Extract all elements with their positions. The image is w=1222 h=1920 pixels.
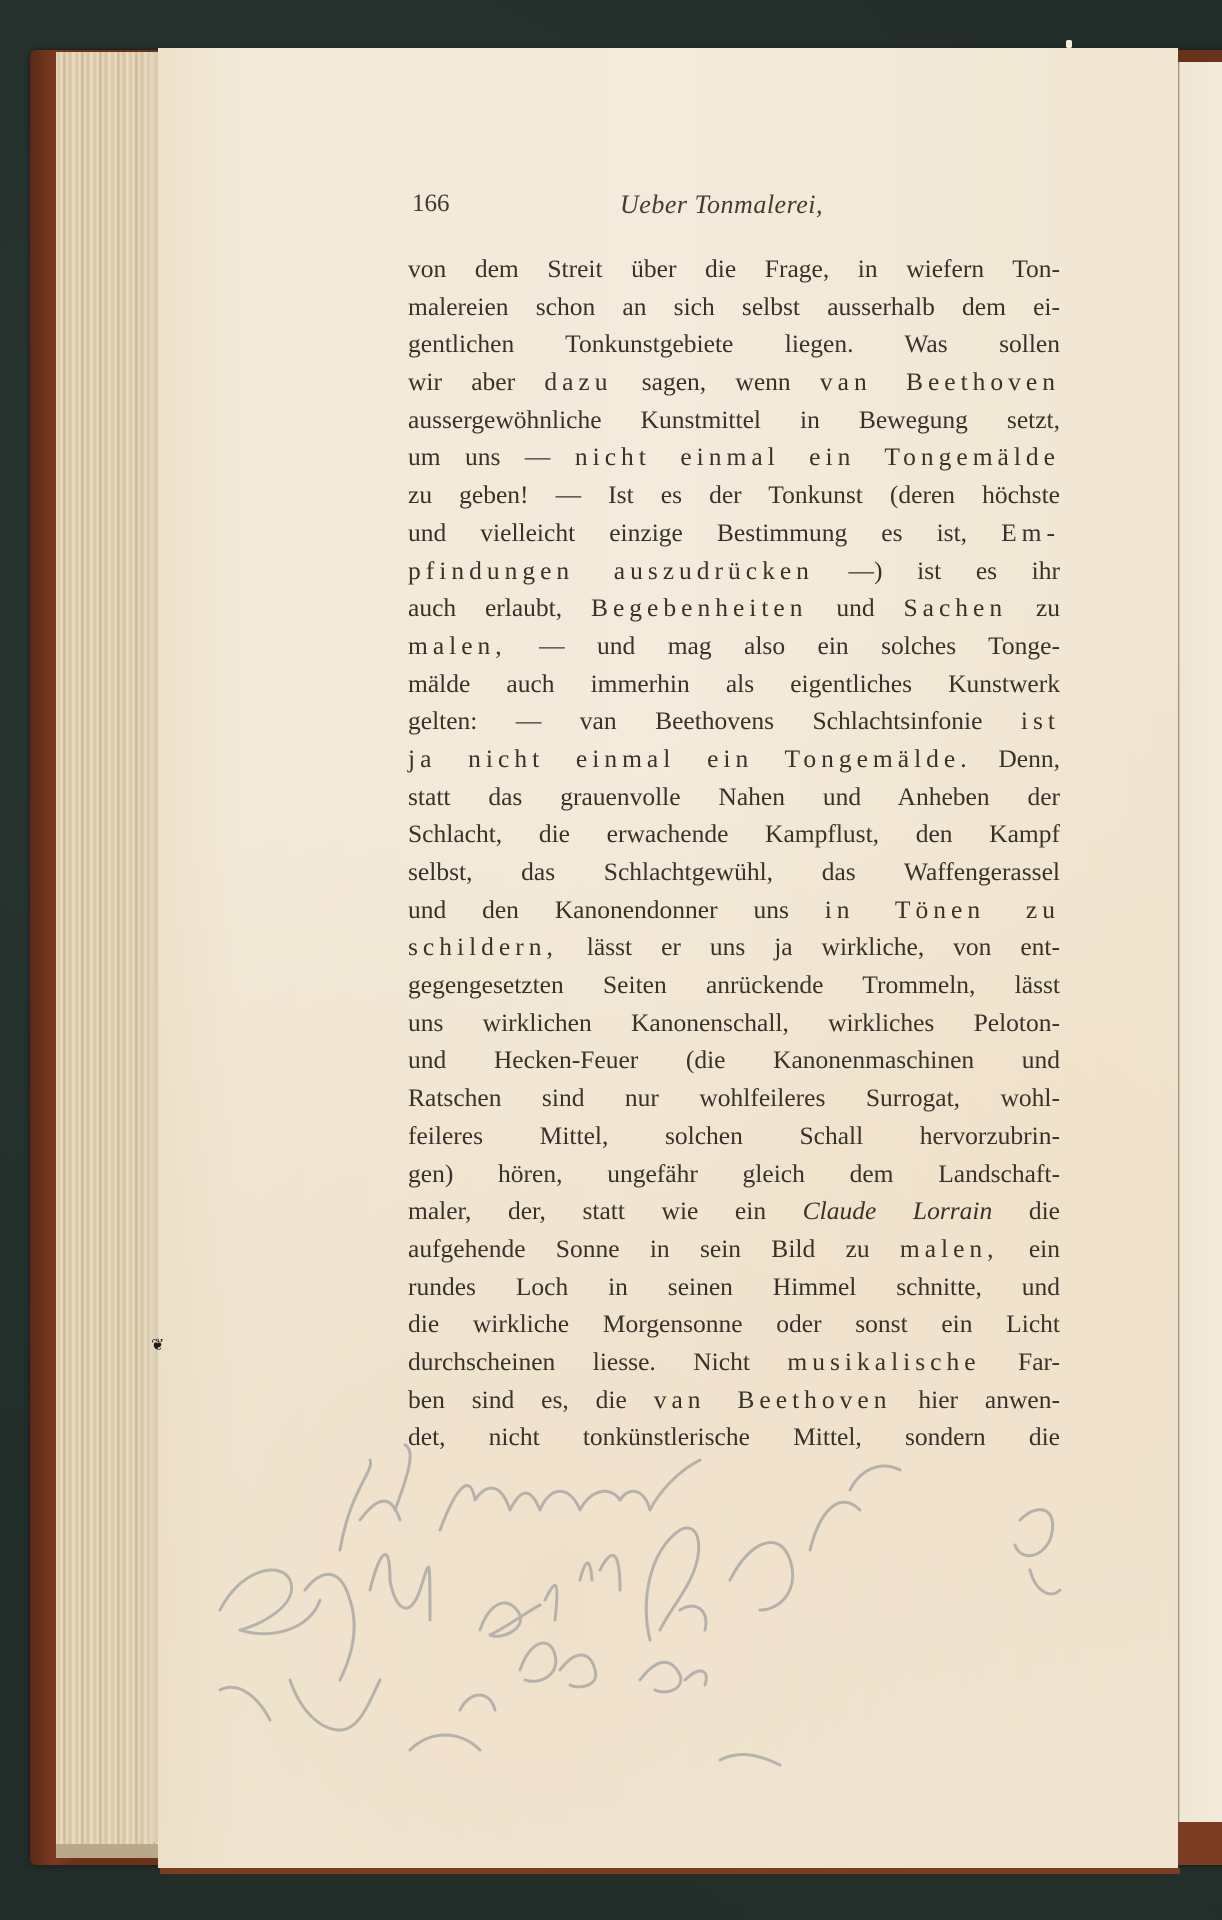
text-segment: durchscheinen liesse. Nicht <box>408 1347 787 1376</box>
text-line: und den Kanonendonner uns in Tönen zu <box>408 891 1060 929</box>
text-line: aufgehende Sonne in sein Bild zu malen, … <box>408 1230 1060 1268</box>
text-segment: und den Kanonendonner uns <box>408 895 825 924</box>
page-edges <box>56 52 160 1858</box>
text-segment: hier anwen- <box>891 1385 1060 1414</box>
text-segment: auch erlaubt, <box>408 593 591 622</box>
text-line: feileres Mittel, solchen Schall hervorzu… <box>408 1117 1060 1155</box>
text-segment: — und mag also ein solches Tonge- <box>507 631 1060 660</box>
text-segment: malereien schon an sich selbst ausserhal… <box>408 292 1060 321</box>
text-segment: sagen, wenn <box>613 367 820 396</box>
text-line: wir aber dazu sagen, wenn van Beethoven <box>408 363 1060 401</box>
text-segment: statt das grauenvolle Nahen und Anheben … <box>408 782 1060 811</box>
text-line: zu geben! — Ist es der Tonkunst (deren h… <box>408 476 1060 514</box>
emphasis-text: dazu <box>544 367 612 396</box>
text-line: schildern, lässt er uns ja wirkliche, vo… <box>408 928 1060 966</box>
facing-page-edge <box>1176 62 1222 1822</box>
emphasis-text: van Beethoven <box>654 1385 892 1414</box>
text-line: statt das grauenvolle Nahen und Anheben … <box>408 778 1060 816</box>
text-segment: uns wirklichen Kanonenschall, wirkliches… <box>408 1008 1060 1037</box>
emphasis-text: van Beethoven <box>820 367 1060 396</box>
text-segment: gentlichen Tonkunstgebiete liegen. Was s… <box>408 329 1060 358</box>
text-line: malen, — und mag also ein solches Tonge- <box>408 627 1060 665</box>
emphasis-text: malen, <box>408 631 507 660</box>
text-line: ja nicht einmal ein Tongemälde. Denn, <box>408 740 1060 778</box>
text-line: Ratschen sind nur wohlfeileres Surrogat,… <box>408 1079 1060 1117</box>
text-segment: gen) hören, ungefähr gleich dem Landscha… <box>408 1159 1060 1188</box>
text-line: um uns — nicht einmal ein Tongemälde <box>408 438 1060 476</box>
body-text: von dem Streit über die Frage, in wiefer… <box>408 250 1060 1456</box>
text-segment: gegengesetzten Seiten anrückende Trommel… <box>408 970 1060 999</box>
emphasis-text: Begebenheiten <box>591 593 808 622</box>
text-segment: maler, der, statt wie ein <box>408 1196 803 1225</box>
text-line: durchscheinen liesse. Nicht musikalische… <box>408 1343 1060 1381</box>
emphasis-text: ist <box>1021 706 1060 735</box>
text-segment: zu <box>1007 593 1060 622</box>
italic-text: Claude Lorrain <box>803 1196 993 1225</box>
text-line: gegengesetzten Seiten anrückende Trommel… <box>408 966 1060 1004</box>
text-segment: rundes Loch in seinen Himmel schnitte, u… <box>408 1272 1060 1301</box>
emphasis-text: pfindungen auszudrücken <box>408 556 814 585</box>
emphasis-text: nicht einmal ein Tongemälde <box>575 442 1060 471</box>
emphasis-text: ja nicht einmal ein Tongemälde. <box>408 744 972 773</box>
text-segment: selbst, das Schlachtgewühl, das Waffenge… <box>408 857 1060 886</box>
text-segment: Far- <box>981 1347 1060 1376</box>
text-segment: Ratschen sind nur wohlfeileres Surrogat,… <box>408 1083 1060 1112</box>
text-segment: und Hecken-Feuer (die Kanonenmaschinen u… <box>408 1045 1060 1074</box>
text-segment: mälde auch immerhin als eigentliches Kun… <box>408 669 1060 698</box>
text-line: rundes Loch in seinen Himmel schnitte, u… <box>408 1268 1060 1306</box>
text-line: gen) hören, ungefähr gleich dem Landscha… <box>408 1155 1060 1193</box>
text-line: ben sind es, die van Beethoven hier anwe… <box>408 1381 1060 1419</box>
emphasis-text: malen, <box>900 1234 999 1263</box>
text-segment: ben sind es, die <box>408 1385 654 1414</box>
paper-tear <box>1066 40 1072 48</box>
text-segment: feileres Mittel, solchen Schall hervorzu… <box>408 1121 1060 1150</box>
text-line: die wirkliche Morgensonne oder sonst ein… <box>408 1305 1060 1343</box>
emphasis-text: in Tönen zu <box>825 895 1060 924</box>
running-head-title: Ueber Tonmalerei, <box>620 190 823 220</box>
text-line: aussergewöhnliche Kunstmittel in Bewegun… <box>408 401 1060 439</box>
text-segment: die wirkliche Morgensonne oder sonst ein… <box>408 1309 1060 1338</box>
text-segment: die <box>992 1196 1060 1225</box>
text-line: gelten: — van Beethovens Schlachtsinfoni… <box>408 702 1060 740</box>
text-segment: Schlacht, die erwachende Kampflust, den … <box>408 819 1060 848</box>
text-line: maler, der, statt wie ein Claude Lorrain… <box>408 1192 1060 1230</box>
running-head: 166 Ueber Tonmalerei, <box>412 190 1062 230</box>
text-line: gentlichen Tonkunstgebiete liegen. Was s… <box>408 325 1060 363</box>
text-line: von dem Streit über die Frage, in wiefer… <box>408 250 1060 288</box>
text-segment: lässt er uns ja wirkliche, von ent- <box>558 932 1060 961</box>
text-segment: Denn, <box>972 744 1060 773</box>
text-segment: und vielleicht einzige Bestimmung es ist… <box>408 518 1001 547</box>
text-segment: zu geben! — Ist es der Tonkunst (deren h… <box>408 480 1060 509</box>
text-line: und vielleicht einzige Bestimmung es ist… <box>408 514 1060 552</box>
text-line: selbst, das Schlachtgewühl, das Waffenge… <box>408 853 1060 891</box>
text-line: Schlacht, die erwachende Kampflust, den … <box>408 815 1060 853</box>
text-segment: ein <box>999 1234 1060 1263</box>
text-segment: aussergewöhnliche Kunstmittel in Bewegun… <box>408 405 1060 434</box>
text-segment: —) ist es ihr <box>814 556 1060 585</box>
text-line: und Hecken-Feuer (die Kanonenmaschinen u… <box>408 1041 1060 1079</box>
cover-edge-bottom <box>160 1868 1180 1874</box>
text-segment: gelten: — van Beethovens Schlachtsinfoni… <box>408 706 1021 735</box>
text-segment: aufgehende Sonne in sein Bild zu <box>408 1234 900 1263</box>
text-line: mälde auch immerhin als eigentliches Kun… <box>408 665 1060 703</box>
emphasis-text: Em- <box>1001 518 1060 547</box>
page-number: 166 <box>412 190 450 218</box>
margin-mark-icon: ❦ <box>151 1338 165 1352</box>
text-line: uns wirklichen Kanonenschall, wirkliches… <box>408 1004 1060 1042</box>
text-segment: um uns — <box>408 442 575 471</box>
emphasis-text: Sachen <box>903 593 1007 622</box>
emphasis-text: musikalische <box>787 1347 980 1376</box>
emphasis-text: schildern, <box>408 932 558 961</box>
text-line: pfindungen auszudrücken —) ist es ihr <box>408 552 1060 590</box>
text-segment: wir aber <box>408 367 544 396</box>
text-line: malereien schon an sich selbst ausserhal… <box>408 288 1060 326</box>
text-line: auch erlaubt, Begebenheiten und Sachen z… <box>408 589 1060 627</box>
pencil-annotation <box>200 1430 1080 1810</box>
text-segment: von dem Streit über die Frage, in wiefer… <box>408 254 1060 283</box>
text-segment: und <box>808 593 904 622</box>
